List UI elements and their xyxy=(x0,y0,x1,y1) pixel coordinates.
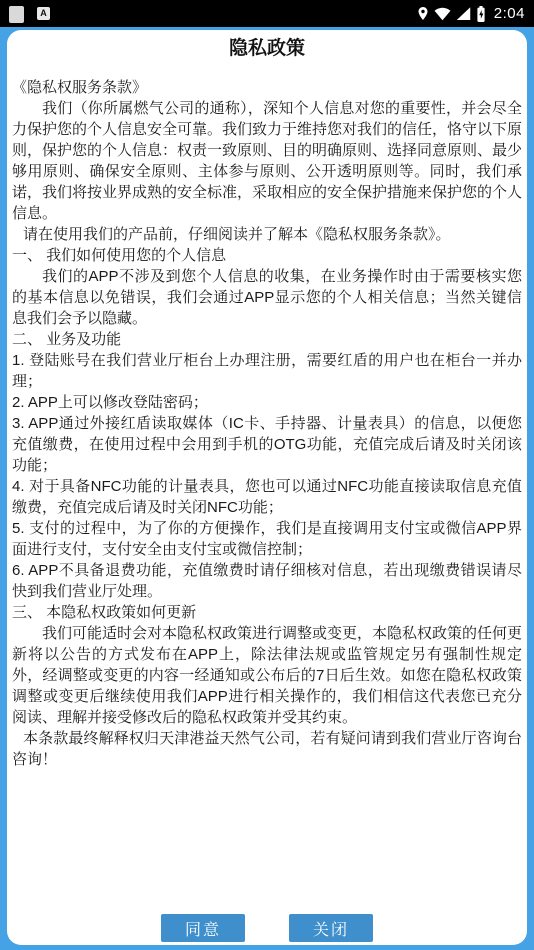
app-background: 隐私政策 《隐私权服务条款》 我们（你所属燃气公司的通称），深知个人信息对您的重… xyxy=(0,27,534,950)
status-bar-notifications: A xyxy=(9,5,417,23)
policy-list-item: 1. 登陆账号在我们营业厅柜台上办理注册，需要红盾的用户也在柜台一并办理； xyxy=(12,350,522,392)
page-title: 隐私政策 xyxy=(12,38,522,60)
notification-square-icon xyxy=(9,6,24,23)
wifi-icon xyxy=(434,7,451,21)
policy-list-item: 4. 对于具备NFC功能的计量表具，您也可以通过NFC功能直接读取信息充值缴费，… xyxy=(12,476,522,518)
policy-list-item: 3. APP通过外接红盾读取媒体（IC卡、手持器、计量表具）的信息，以便您充值缴… xyxy=(12,413,522,476)
close-button[interactable]: 关闭 xyxy=(289,914,373,942)
policy-section-heading: 一、 我们如何使用您的个人信息 xyxy=(12,245,522,266)
policy-paragraph: 我们（你所属燃气公司的通称），深知个人信息对您的重要性，并会尽全力保护您的个人信… xyxy=(12,98,522,224)
battery-charging-icon xyxy=(476,6,486,22)
policy-paragraph: 我们的APP不涉及到您个人信息的收集，在业务操作时由于需要核实您的基本信息以免错… xyxy=(12,266,522,329)
privacy-policy-dialog: 隐私政策 《隐私权服务条款》 我们（你所属燃气公司的通称），深知个人信息对您的重… xyxy=(7,30,527,945)
privacy-policy-text: 《隐私权服务条款》 我们（你所属燃气公司的通称），深知个人信息对您的重要性，并会… xyxy=(12,77,522,770)
location-icon xyxy=(417,6,429,21)
status-bar: A 2:04 xyxy=(0,0,534,27)
policy-paragraph: 请在使用我们的产品前，仔细阅读并了解本《隐私权服务条款》。 xyxy=(12,224,522,245)
policy-paragraph: 我们可能适时会对本隐私权政策进行调整或变更，本隐私权政策的任何更新将以公告的方式… xyxy=(12,623,522,728)
status-bar-system-icons: 2:04 xyxy=(417,5,525,22)
policy-paragraph: 《隐私权服务条款》 xyxy=(12,77,522,98)
policy-list-item: 5. 支付的过程中，为了你的方便操作，我们是直接调用支付宝或微信APP界面进行支… xyxy=(12,518,522,560)
policy-list-item: 2. APP上可以修改登陆密码； xyxy=(12,392,522,413)
agree-button[interactable]: 同意 xyxy=(161,914,245,942)
policy-section-heading: 三、 本隐私权政策如何更新 xyxy=(12,602,522,623)
status-bar-clock: 2:04 xyxy=(494,5,525,22)
letter-a-badge-icon: A xyxy=(37,7,50,20)
policy-paragraph: 本条款最终解释权归天津港益天然气公司，若有疑问请到我们营业厅咨询台咨询！ xyxy=(12,728,522,770)
cellular-signal-icon xyxy=(456,7,471,21)
policy-section-heading: 二、 业务及功能 xyxy=(12,329,522,350)
dialog-button-row: 同意 关闭 xyxy=(7,914,527,942)
policy-list-item: 6. APP不具备退费功能，充值缴费时请仔细核对信息，若出现缴费错误请尽快到我们… xyxy=(12,560,522,602)
